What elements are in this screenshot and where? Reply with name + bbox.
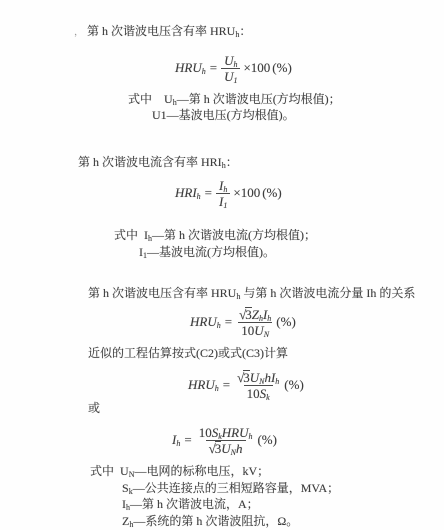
- fraction-denominator: √3UNh: [206, 440, 246, 456]
- where-label: 式中: [114, 228, 138, 242]
- equals-sign: =: [225, 314, 232, 330]
- fraction-numerator: Ih: [216, 178, 230, 193]
- s1-heading-text: 第 h 次谐波电压含有率: [87, 24, 210, 38]
- percent-unit: (%): [262, 185, 282, 200]
- or-text: 或: [88, 401, 100, 415]
- fraction-denominator: 10UN: [238, 322, 272, 338]
- s3-formula-c2: HRUh = √3UNhIh 10Sk (%): [188, 366, 304, 404]
- formula-term: HRU: [190, 314, 217, 329]
- percent-unit: (%): [276, 314, 296, 330]
- definition-text: —第 h 次谐波电压(方均根值)；: [177, 92, 341, 106]
- fraction: Ih I1: [216, 178, 230, 209]
- equals-sign: =: [210, 60, 217, 76]
- fraction: Uh U1: [221, 53, 240, 84]
- formula-subscript: h: [202, 67, 206, 76]
- definition-text: —公共连接点的三相短路容量，MVA；: [133, 481, 339, 495]
- formula-subscript: h: [197, 192, 201, 201]
- s1-heading-colon: ：: [239, 24, 251, 38]
- formula-subscript: 1: [223, 201, 227, 210]
- times-sign: ×: [233, 185, 240, 200]
- formula-subscript: h: [275, 377, 279, 386]
- fraction: √3UNhIh 10Sk: [234, 370, 282, 401]
- fraction: √3ZhIh 10UN: [236, 307, 274, 338]
- formula-term: U: [221, 441, 230, 456]
- formula-term: Z: [252, 307, 259, 322]
- s1-explanation-line-2: U1—基波电压(方均根值)。: [152, 108, 295, 123]
- symbol: U: [120, 464, 129, 478]
- definition-text: —系统的第 h 次谐波阻抗，Ω。: [133, 514, 298, 528]
- formula-lhs: HRUh: [188, 377, 219, 393]
- formula-term: HRI: [175, 185, 197, 200]
- s2-formula-hri: HRIh = Ih I1 ×100(%): [175, 173, 282, 213]
- formula-constant: 10: [241, 323, 254, 338]
- s2-heading-colon: ：: [226, 155, 238, 169]
- fraction-denominator: U1: [221, 68, 240, 84]
- fraction-denominator: 10Sk: [244, 385, 273, 401]
- s3-approx-line: 近似的工程估算按式(C2)或式(C3)计算: [88, 346, 288, 361]
- symbol: U: [164, 92, 173, 106]
- formula-subscript: h: [176, 439, 180, 448]
- document-page: ， 第 h 次谐波电压含有率 HRUh： HRUh = Uh U1 ×100(%…: [0, 0, 444, 530]
- s2-explanation-line-2: I1—基波电流(方均根值)。: [139, 245, 275, 260]
- equals-sign: =: [223, 377, 230, 393]
- formula-lhs: HRUh: [190, 314, 221, 330]
- fraction-numerator: Uh: [221, 53, 240, 68]
- s3-heading-tail: 与第 h 次谐波电流分量 Ih 的关系: [240, 286, 415, 300]
- definition-text: U1—基波电压(方均根值)。: [152, 108, 295, 122]
- formula-lhs: Ih: [172, 432, 180, 448]
- s2-heading-text: 第 h 次谐波电流含有率: [78, 155, 201, 169]
- formula-term: HRU: [188, 377, 215, 392]
- formula-constant: 100: [241, 185, 261, 200]
- definition-text: —第 h 次谐波电流(方均根值)；: [152, 228, 316, 242]
- s2-explanation-line-1: 式中Ih—第 h 次谐波电流(方均根值)；: [114, 228, 316, 243]
- formula-subscript: 1: [233, 76, 237, 85]
- formula-subscript: k: [266, 393, 270, 402]
- s3-explanation-line-3: Ih—第 h 次谐波电流，A；: [122, 497, 259, 512]
- formula-term: h: [236, 441, 243, 456]
- s3-formula-c1: HRUh = √3ZhIh 10UN (%): [190, 303, 296, 341]
- s1-heading: 第 h 次谐波电压含有率 HRUh：: [87, 24, 251, 39]
- formula-subscript: h: [215, 384, 219, 393]
- percent-unit: (%): [257, 432, 277, 448]
- s3-explanation-line-2: Sk—公共连接点的三相短路容量，MVA；: [122, 481, 339, 496]
- formula-term: HRU: [175, 60, 202, 75]
- definition-text: —基波电流(方均根值)。: [147, 245, 275, 259]
- fraction-numerator: √3ZhIh: [236, 307, 274, 322]
- formula-lhs: HRIh: [175, 185, 201, 201]
- where-label: 式中: [128, 92, 152, 106]
- s1-explanation-line-1: 式中Uh—第 h 次谐波电压(方均根值)；: [128, 92, 341, 107]
- s1-heading-symbol: HRU: [210, 24, 235, 38]
- formula-times-100: ×100(%): [243, 60, 291, 76]
- formula-constant: 10: [199, 425, 212, 440]
- scan-artifact-mark: ，: [74, 25, 84, 40]
- fraction-numerator: 10SkHRUh: [196, 425, 256, 440]
- formula-subscript: N: [264, 330, 269, 339]
- fraction-numerator: √3UNhIh: [234, 370, 282, 385]
- times-sign: ×: [243, 60, 250, 75]
- formula-subscript: h: [217, 321, 221, 330]
- s1-formula-hru: HRUh = Uh U1 ×100(%): [175, 48, 292, 88]
- s2-heading-symbol: HRI: [201, 155, 222, 169]
- equals-sign: =: [205, 185, 212, 201]
- formula-constant: 10: [247, 386, 260, 401]
- formula-lhs: HRUh: [175, 60, 206, 76]
- s3-formula-c3: Ih = 10SkHRUh √3UNh (%): [172, 421, 277, 459]
- formula-term: HRU: [222, 425, 249, 440]
- approx-text: 近似的工程估算按式(C2)或式(C3)计算: [88, 346, 288, 360]
- equals-sign: =: [184, 432, 191, 448]
- definition-text: —第 h 次谐波电流，A；: [130, 497, 259, 511]
- s2-heading: 第 h 次谐波电流含有率 HRIh：: [78, 155, 238, 170]
- fraction-denominator: I1: [216, 193, 230, 209]
- percent-unit: (%): [272, 60, 292, 75]
- formula-subscript: h: [248, 432, 252, 441]
- percent-unit: (%): [284, 377, 304, 393]
- formula-constant: 100: [251, 60, 271, 75]
- formula-term: U: [254, 323, 263, 338]
- symbol: S: [122, 481, 129, 495]
- where-label: 式中: [90, 464, 114, 478]
- s3-heading-symbol: HRU: [211, 286, 236, 300]
- formula-times-100: ×100(%): [233, 185, 281, 201]
- s3-or-line: 或: [88, 401, 100, 416]
- s3-explanation-line-1: 式中UN—电网的标称电压，kV；: [90, 464, 269, 479]
- definition-text: —电网的标称电压，kV；: [134, 464, 269, 478]
- s3-explanation-line-4: Zh—系统的第 h 次谐波阻抗，Ω。: [122, 514, 298, 529]
- fraction: 10SkHRUh √3UNh: [196, 425, 256, 456]
- formula-term: U: [250, 370, 259, 385]
- s3-heading: 第 h 次谐波电压含有率 HRUh 与第 h 次谐波电流分量 Ih 的关系: [88, 286, 415, 301]
- s3-heading-text: 第 h 次谐波电压含有率: [88, 286, 211, 300]
